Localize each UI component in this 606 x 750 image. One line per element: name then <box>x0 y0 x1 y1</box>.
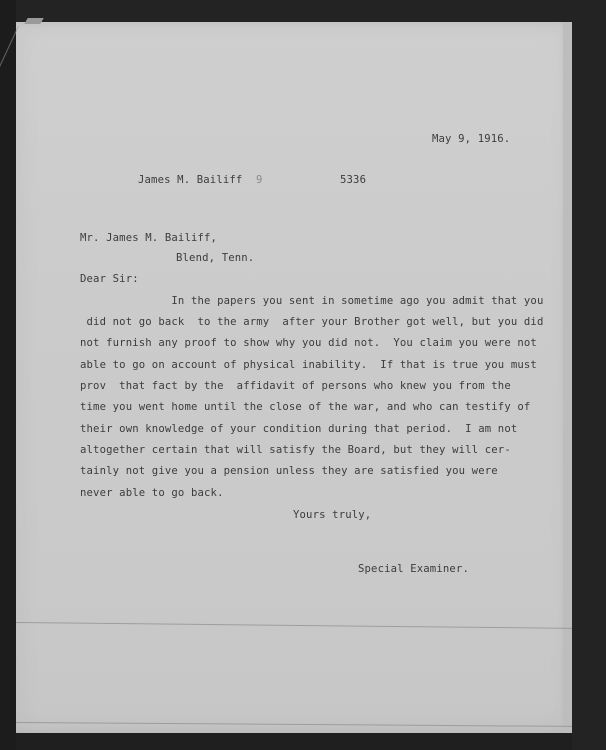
closing: Yours truly, <box>293 510 371 521</box>
recipient-location: Blend, Tenn. <box>176 253 254 264</box>
scan-backdrop-bottom <box>16 733 572 750</box>
body-line: able to go on account of physical inabil… <box>80 360 537 371</box>
file-reference-number: 5336 <box>340 175 366 186</box>
body-line: In the papers you sent in sometime ago y… <box>80 296 544 307</box>
body-line: time you went home until the close of th… <box>80 402 530 413</box>
signature: Special Examiner. <box>358 564 469 575</box>
scan-backdrop <box>0 0 16 750</box>
body-line: did not go back to the army after your B… <box>80 317 544 328</box>
body-line: tainly not give you a pension unless the… <box>80 466 498 477</box>
body-line: not furnish any proof to show why you di… <box>80 338 537 349</box>
body-line: prov that fact by the affidavit of perso… <box>80 381 511 392</box>
recipient-name: Mr. James M. Bailiff, <box>80 233 217 244</box>
body-line: their own knowledge of your condition du… <box>80 424 517 435</box>
file-reference-mark: 9 <box>256 175 263 186</box>
salutation: Dear Sir: <box>80 274 139 285</box>
file-reference-name: James M. Bailiff <box>138 175 242 186</box>
letter-date: May 9, 1916. <box>432 134 510 145</box>
paper-edge-band <box>563 22 572 733</box>
body-line: never able to go back. <box>80 488 224 499</box>
body-line: altogether certain that will satisfy the… <box>80 445 511 456</box>
